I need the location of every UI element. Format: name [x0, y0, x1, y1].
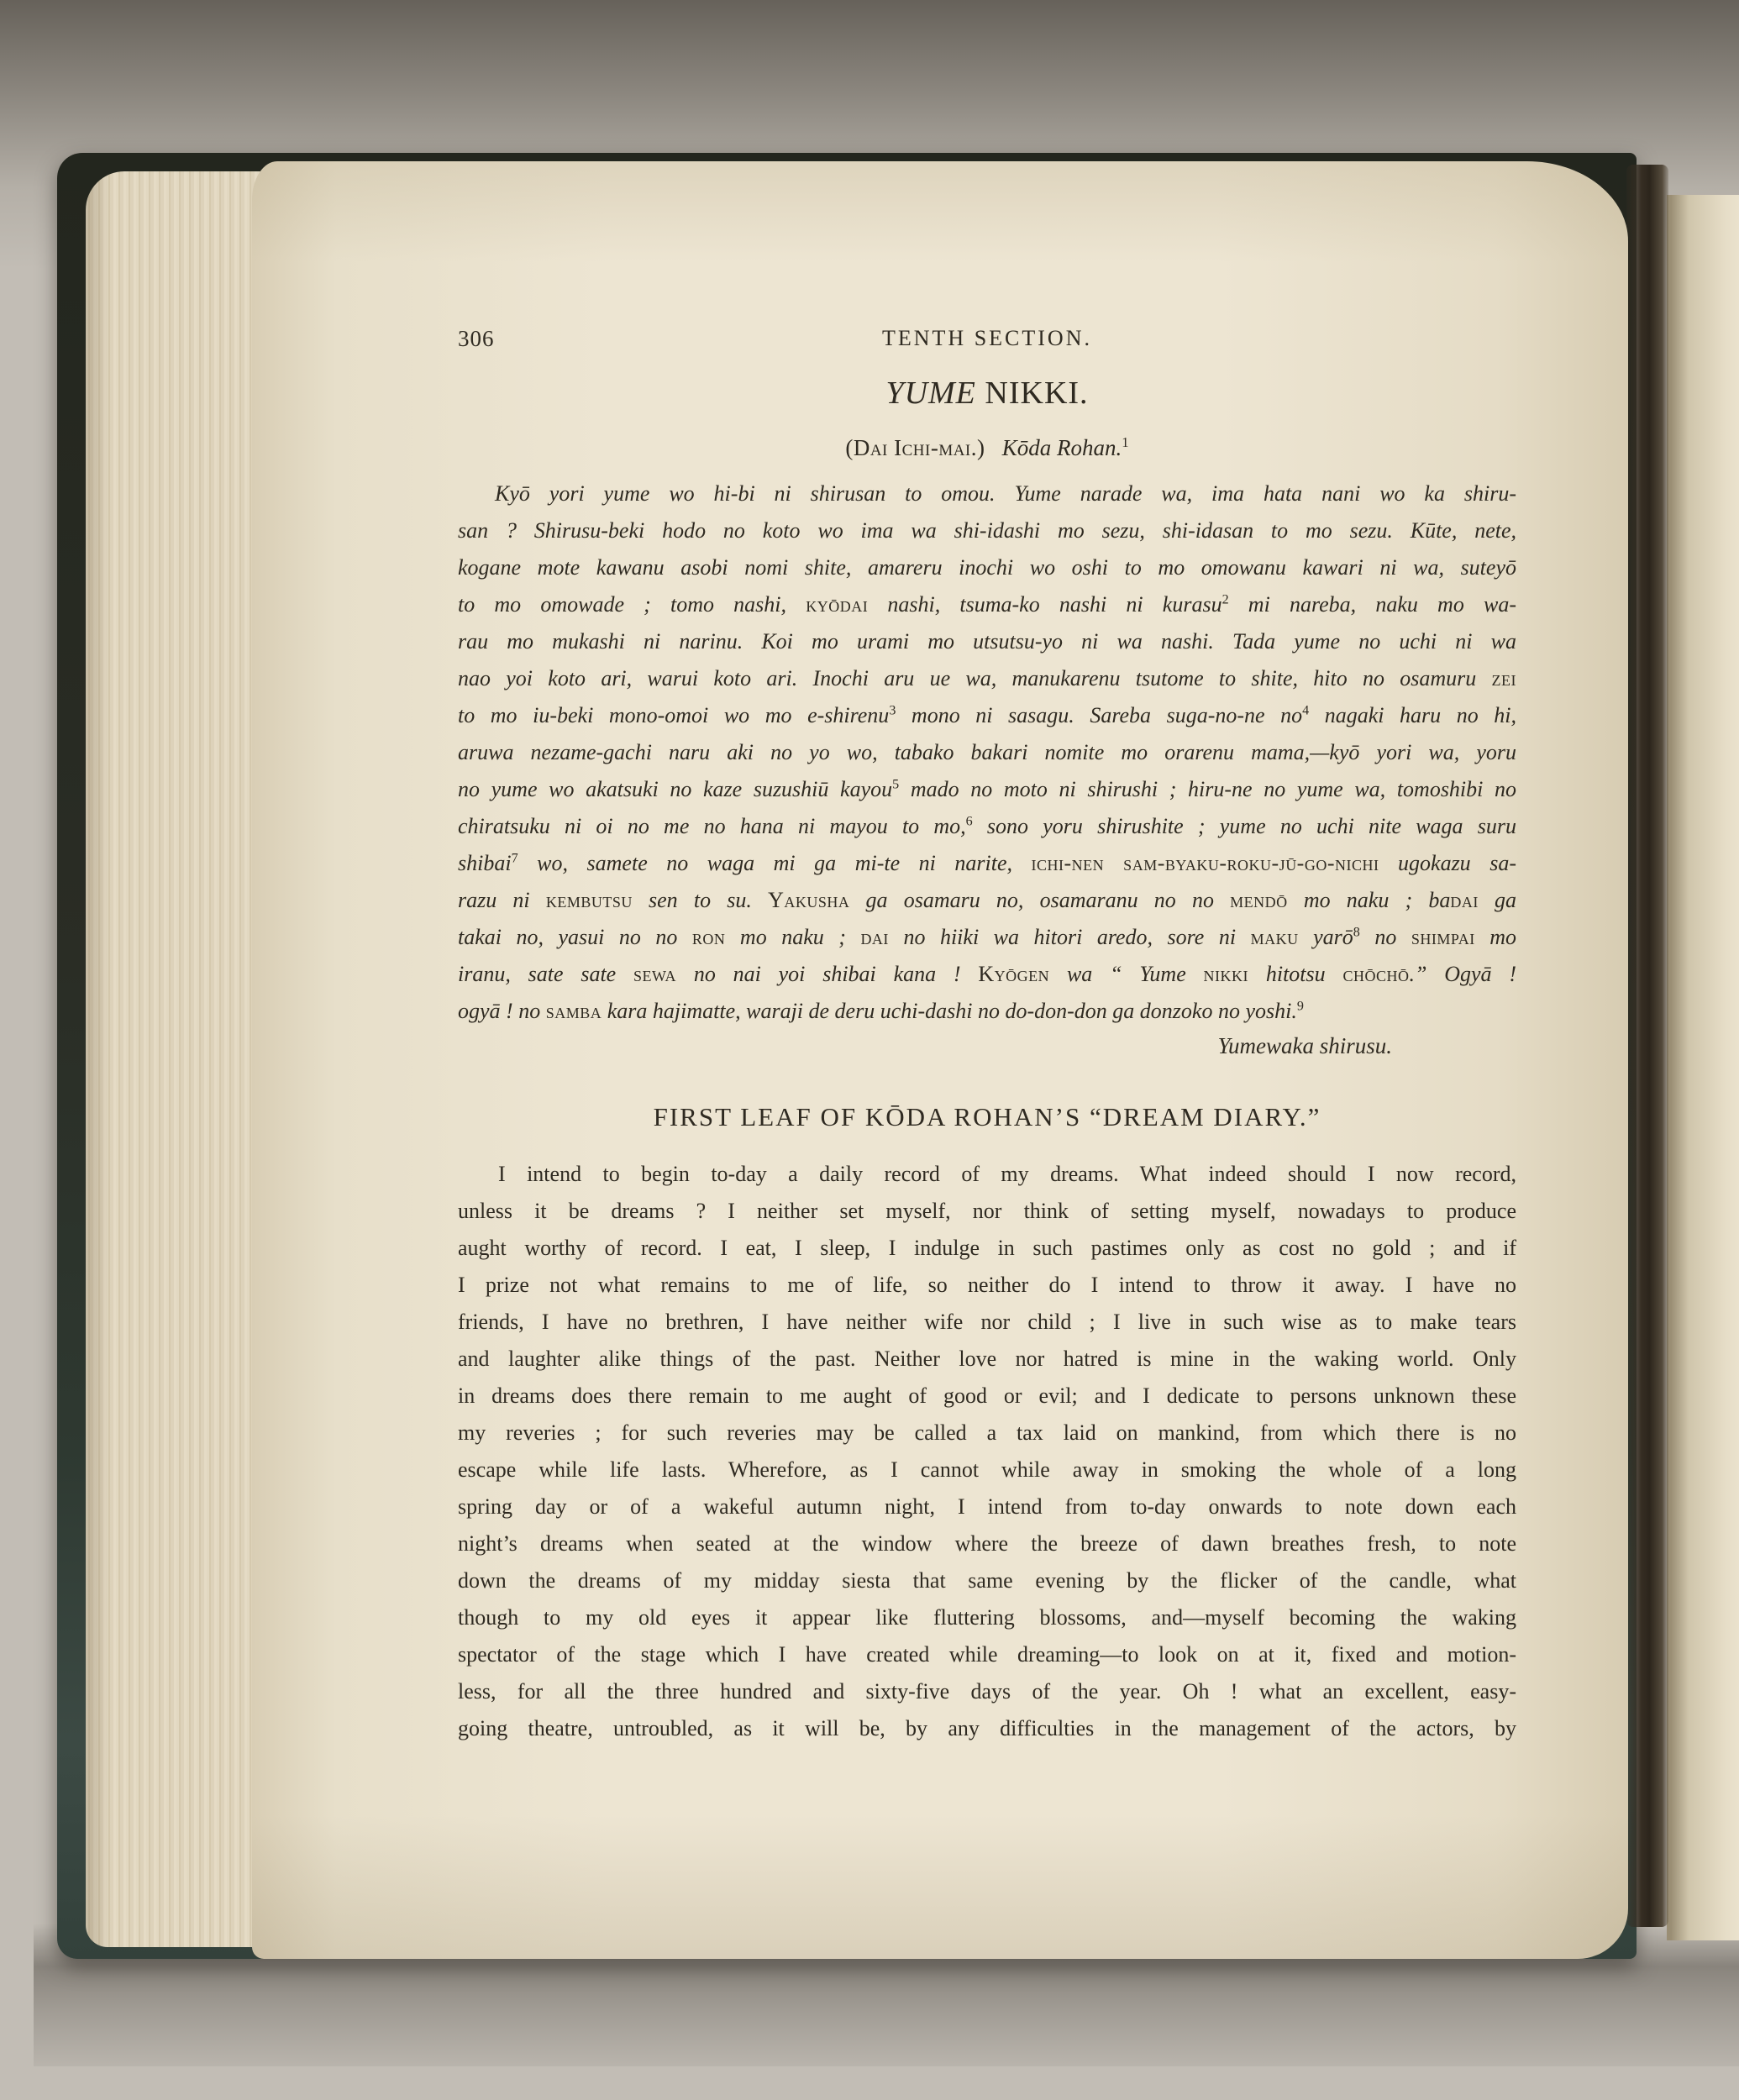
text-segment: ogyā ! no [458, 999, 546, 1023]
text-segment: Kyōgen [978, 962, 1049, 986]
text-segment: mo [1475, 925, 1516, 949]
text-segment: 2 [1222, 592, 1229, 606]
text-line: down the dreams of my midday siesta that… [458, 1562, 1516, 1599]
text-segment: mono ni sasagu. Sareba suga-no-ne no [896, 703, 1302, 727]
text-line: going theatre, untroubled, as it will be… [458, 1710, 1516, 1747]
text-segment: zei [1492, 666, 1516, 690]
text-segment: 4 [1302, 703, 1309, 717]
text-line: iranu, sate sate sewa no nai yoi shibai … [458, 956, 1516, 993]
text-segment: YUME [885, 375, 975, 411]
gutter-shadow [1626, 165, 1668, 1927]
text-segment: sewa [633, 962, 676, 986]
photo-of-open-book: { "book": { "page_number": "306", "runni… [0, 0, 1739, 2100]
text-segment: mendō [1230, 888, 1288, 912]
text-segment: aruwa nezame-gachi naru aki no yo wo, ta… [458, 740, 1516, 764]
text-segment: mo naku ; ba [1288, 888, 1451, 912]
text-segment: wa “ Yume [1049, 962, 1203, 986]
text-segment: ga osamaru no, osamaranu no no [849, 888, 1230, 912]
text-segment: nao yoi koto ari, warui koto ari. Inochi… [458, 666, 1492, 690]
text-segment: 1 [1122, 434, 1128, 450]
text-line: though to my old eyes it appear like flu… [458, 1599, 1516, 1636]
text-segment: Yakusha [768, 888, 849, 912]
text-segment: to mo omowade ; tomo nashi, [458, 592, 806, 617]
text-line: I intend to begin to-day a daily record … [458, 1156, 1516, 1193]
text-segment: mado no moto ni shirushi ; hiru-ne no yu… [899, 777, 1516, 801]
text-segment: shimpai [1411, 925, 1475, 949]
text-line: kogane mote kawanu asobi nomi shite, ama… [458, 549, 1516, 586]
text-line: shibai7 wo, samete no waga mi ga mi-te n… [458, 845, 1516, 882]
text-line: to mo iu-beki mono-omoi wo mo e-shirenu3… [458, 697, 1516, 734]
text-segment: kembutsu [546, 888, 633, 912]
text-segment: rau mo mukashi ni narinu. Koi mo urami m… [458, 629, 1516, 654]
text-line: my reveries ; for such reveries may be c… [458, 1415, 1516, 1452]
text-segment: 8 [1353, 925, 1360, 939]
text-segment: samba [546, 999, 602, 1023]
text-line: I prize not what remains to me of life, … [458, 1267, 1516, 1304]
byline: (Dai Ichi-mai.) Kōda Rohan.1 [458, 435, 1516, 461]
book-page: 306 TENTH SECTION. YUME NIKKI. (Dai Ichi… [252, 161, 1628, 1959]
text-segment: (Dai Ichi-mai.) [845, 435, 985, 460]
text-line: chiratsuku ni oi no me no hana ni mayou … [458, 808, 1516, 845]
text-segment: .” Ogyā ! [1409, 962, 1516, 986]
text-segment: 7 [512, 851, 518, 865]
text-segment: shibai [458, 851, 512, 875]
text-line: less, for all the three hundred and sixt… [458, 1673, 1516, 1710]
text-segment: no hiiki wa hitori aredo, sore ni [889, 925, 1251, 949]
page-edges-stack [86, 171, 279, 1947]
text-segment: no [1360, 925, 1411, 949]
text-segment: to mo iu-beki mono-omoi wo mo e-shirenu [458, 703, 889, 727]
text-segment: nikki [1204, 962, 1249, 986]
text-line: spectator of the stage which I have crea… [458, 1636, 1516, 1673]
text-line: spring day or of a wakeful autumn night,… [458, 1488, 1516, 1525]
text-line: nao yoi koto ari, warui koto ari. Inochi… [458, 660, 1516, 697]
text-segment: Kyō yori yume wo hi-bi ni shirusan to om… [495, 481, 1516, 506]
text-segment: 6 [966, 814, 973, 828]
text-segment: kara hajimatte, waraji de deru uchi-dash… [602, 999, 1297, 1023]
text-line: to mo omowade ; tomo nashi, kyōdai nashi… [458, 586, 1516, 623]
passage-signature: Yumewaka shirusu. [458, 1033, 1516, 1059]
text-line: rau mo mukashi ni narinu. Koi mo urami m… [458, 623, 1516, 660]
text-line: Kyō yori yume wo hi-bi ni shirusan to om… [458, 475, 1516, 512]
text-line: and laughter alike things of the past. N… [458, 1341, 1516, 1378]
text-line: unless it be dreams ? I neither set myse… [458, 1193, 1516, 1230]
text-segment: yarō [1299, 925, 1353, 949]
text-segment: dai [860, 925, 889, 949]
section-title: YUME NIKKI. [458, 375, 1516, 412]
text-segment: 5 [892, 777, 899, 791]
text-segment: nagaki haru no hi, [1309, 703, 1516, 727]
text-segment: ga [1479, 888, 1516, 912]
text-segment: NIKKI. [976, 375, 1089, 411]
text-segment: takai no, yasui no no [458, 925, 692, 949]
text-segment: ichi-nen sam-byaku-roku-jū-go-nichi [1032, 851, 1379, 875]
text-segment: hitotsu [1248, 962, 1342, 986]
text-segment: kogane mote kawanu asobi nomi shite, ama… [458, 555, 1516, 580]
text-segment: chōchō [1342, 962, 1409, 986]
text-line: takai no, yasui no no ron mo naku ; dai … [458, 919, 1516, 956]
text-line: escape while life lasts. Wherefore, as I… [458, 1452, 1516, 1488]
text-segment: iranu, sate sate [458, 962, 633, 986]
text-line: razu ni kembutsu sen to su. Yakusha ga o… [458, 882, 1516, 919]
running-head: TENTH SECTION. [458, 326, 1516, 351]
text-segment: chiratsuku ni oi no me no hana ni mayou … [458, 814, 966, 838]
text-segment: maku [1251, 925, 1299, 949]
text-segment: sono yoru shirushite ; yume no uchi nite… [973, 814, 1516, 838]
text-segment: 9 [1297, 999, 1304, 1013]
text-segment [985, 435, 1002, 460]
text-segment: san ? Shirusu-beki hodo no koto wo ima w… [458, 518, 1516, 543]
text-segment: mo naku ; [725, 925, 860, 949]
text-segment: ron [692, 925, 726, 949]
text-line: friends, I have no brethren, I have neit… [458, 1304, 1516, 1341]
text-segment: kyōdai [806, 592, 868, 617]
text-line: ogyā ! no samba kara hajimatte, waraji d… [458, 993, 1516, 1030]
text-line: aught worthy of record. I eat, I sleep, … [458, 1230, 1516, 1267]
text-segment: no nai yoi shibai kana ! [676, 962, 978, 986]
next-page-sliver [1667, 195, 1739, 1940]
text-line: night’s dreams when seated at the window… [458, 1525, 1516, 1562]
text-line: in dreams does there remain to me aught … [458, 1378, 1516, 1415]
text-segment: sen to su. [633, 888, 768, 912]
romaji-passage: Kyō yori yume wo hi-bi ni shirusan to om… [458, 475, 1516, 1030]
text-line: aruwa nezame-gachi naru aki no yo wo, ta… [458, 734, 1516, 771]
translation-heading: FIRST LEAF OF KŌDA ROHAN’S “DREAM DIARY.… [458, 1102, 1516, 1132]
text-segment: mi nareba, naku mo wa- [1229, 592, 1516, 617]
text-segment: dai [1450, 888, 1479, 912]
text-segment: no yume wo akatsuki no kaze suzushiū kay… [458, 777, 892, 801]
text-segment: wo, samete no waga mi ga mi-te ni narite… [518, 851, 1032, 875]
text-segment: Kōda Rohan. [1002, 435, 1122, 460]
text-line: san ? Shirusu-beki hodo no koto wo ima w… [458, 512, 1516, 549]
text-line: no yume wo akatsuki no kaze suzushiū kay… [458, 771, 1516, 808]
translation-paragraph: I intend to begin to-day a daily record … [458, 1156, 1516, 1747]
text-segment: razu ni [458, 888, 546, 912]
text-segment: ugokazu sa- [1379, 851, 1516, 875]
text-segment: nashi, tsuma-ko nashi ni kurasu [868, 592, 1222, 617]
